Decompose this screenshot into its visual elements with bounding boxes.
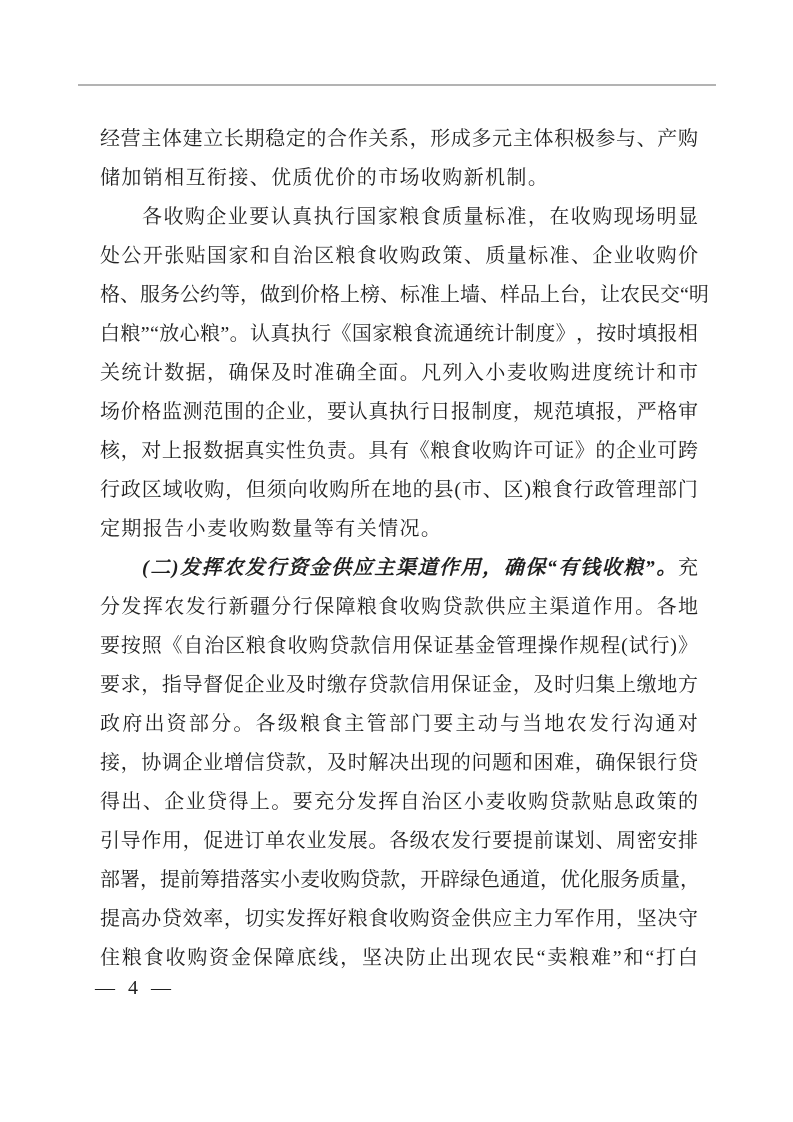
text-line-13: 分发挥农发行新疆分行保障粮食收购贷款供应主渠道作用。各地 xyxy=(100,588,698,627)
text-line-6: 白粮”“放心粮”。认真执行《国家粮食流通统计制度》，按时填报相 xyxy=(100,315,698,354)
document-page: 经营主体建立长期稳定的合作关系，形成多元主体积极参与、产购储加销相互衔接、优质优… xyxy=(0,0,793,1122)
text-line-5: 格、服务公约等，做到价格上榜、标准上墙、样品上台，让农民交“明 xyxy=(100,276,698,315)
text-line-12: (二)发挥农发行资金供应主渠道作用，确保“有钱收粮”。充 xyxy=(100,549,698,588)
text-line-9: 核，对上报数据真实性负责。具有《粮食收购许可证》的企业可跨 xyxy=(100,432,698,471)
text-line-7: 关统计数据，确保及时准确全面。凡列入小麦收购进度统计和市 xyxy=(100,354,698,393)
text-line-21: 提高办贷效率，切实发挥好粮食收购资金供应主力军作用，坚决守 xyxy=(100,900,698,939)
page-number: — 4 — xyxy=(95,976,172,1000)
text-line-10: 行政区域收购，但须向收购所在地的县(市、区)粮食行政管理部门 xyxy=(100,471,698,510)
text-line-2: 储加销相互衔接、优质优价的市场收购新机制。 xyxy=(100,159,698,198)
document-body: 经营主体建立长期稳定的合作关系，形成多元主体积极参与、产购储加销相互衔接、优质优… xyxy=(100,120,698,978)
text-line-15: 要求，指导督促企业及时缴存贷款信用保证金，及时归集上缴地方 xyxy=(100,666,698,705)
text-line-14: 要按照《自治区粮食收购贷款信用保证基金管理操作规程(试行)》 xyxy=(100,627,698,666)
text-line-16: 政府出资部分。各级粮食主管部门要主动与当地农发行沟通对 xyxy=(100,705,698,744)
text-line-1: 经营主体建立长期稳定的合作关系，形成多元主体积极参与、产购 xyxy=(100,120,698,159)
text-line-4: 处公开张贴国家和自治区粮食收购政策、质量标准、企业收购价 xyxy=(100,237,698,276)
text-line-8: 场价格监测范围的企业，要认真执行日报制度，规范填报，严格审 xyxy=(100,393,698,432)
text-line-19: 引导作用，促进订单农业发展。各级农发行要提前谋划、周密安排 xyxy=(100,822,698,861)
text-line-3: 各收购企业要认真执行国家粮食质量标准，在收购现场明显 xyxy=(100,198,698,237)
header-rule xyxy=(78,84,716,86)
text-line-11: 定期报告小麦收购数量等有关情况。 xyxy=(100,510,698,549)
text-line-22: 住粮食收购资金保障底线，坚决防止出现农民“卖粮难”和“打白 xyxy=(100,939,698,978)
text-line-17: 接，协调企业增信贷款，及时解决出现的问题和困难，确保银行贷 xyxy=(100,744,698,783)
text-line-18: 得出、企业贷得上。要充分发挥自治区小麦收购贷款贴息政策的 xyxy=(100,783,698,822)
text-line-20: 部署，提前筹措落实小麦收购贷款，开辟绿色通道，优化服务质量， xyxy=(100,861,698,900)
